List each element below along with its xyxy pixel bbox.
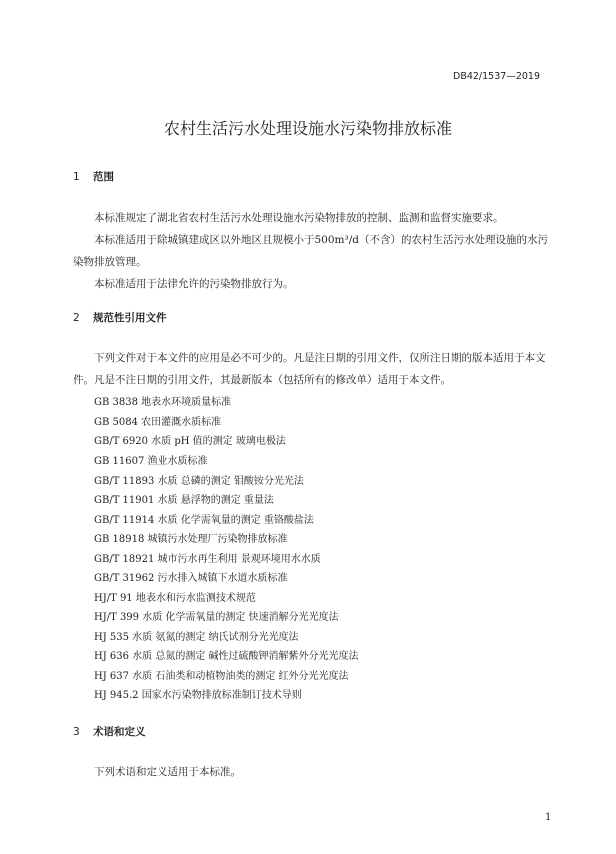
- reference-item: HJ/T 399 水质 化学需氧量的测定 快速消解分光光度法: [94, 608, 339, 623]
- reference-item: GB/T 31962 污水排入城镇下水道水质标准: [94, 569, 288, 584]
- paragraph: 本标准适用于除城镇建成区以外地区且规模小于500m³/d（不含）的农村生活污水处…: [94, 232, 548, 247]
- reference-item: GB 18918 城镇污水处理厂污染物排放标准: [94, 530, 288, 545]
- reference-item: HJ 945.2 国家水污染物排放标准制订技术导则: [94, 686, 302, 701]
- paragraph-continuation: 染物排放管理。: [73, 254, 147, 269]
- reference-item: GB 3838 地表水环境质量标准: [94, 393, 231, 408]
- section-heading-1: 1范围: [73, 169, 114, 184]
- reference-item: HJ/T 91 地表水和污水监测技术规范: [94, 589, 256, 604]
- paragraph: 下列术语和定义适用于本标准。: [94, 764, 241, 779]
- section-heading-3: 3术语和定义: [73, 724, 146, 739]
- reference-item: HJ 637 水质 石油类和动植物油类的测定 红外分光光度法: [94, 667, 349, 682]
- page-number: 1: [545, 812, 551, 823]
- document-title: 农村生活污水处理设施水污染物排放标准: [0, 116, 616, 139]
- paragraph: 本标准适用于法律允许的污染物排放行为。: [94, 276, 294, 291]
- reference-item: HJ 636 水质 总氮的测定 碱性过硫酸钾消解紫外分光光度法: [94, 647, 359, 662]
- reference-item: GB/T 11901 水质 悬浮物的测定 重量法: [94, 491, 274, 506]
- paragraph: 本标准规定了湖北省农村生活污水处理设施水污染物排放的控制、监测和监督实施要求。: [94, 210, 504, 225]
- section-heading-2: 2规范性引用文件: [73, 310, 167, 325]
- section-number: 2: [73, 312, 93, 324]
- section-number: 1: [73, 171, 93, 183]
- reference-item: GB/T 18921 城市污水再生利用 景观环境用水水质: [94, 550, 321, 565]
- reference-item: GB/T 11893 水质 总磷的测定 钼酸铵分光光法: [94, 472, 304, 487]
- reference-item: GB 11607 渔业水质标准: [94, 452, 208, 467]
- reference-item: GB/T 6920 水质 pH 值的测定 玻璃电极法: [94, 432, 286, 447]
- section-title: 规范性引用文件: [93, 312, 167, 324]
- reference-item: GB/T 11914 水质 化学需氧量的测定 重铬酸盐法: [94, 511, 314, 526]
- section-title: 术语和定义: [93, 726, 146, 738]
- section-number: 3: [73, 726, 93, 738]
- reference-item: HJ 535 水质 氨氮的测定 纳氏试剂分光光度法: [94, 628, 299, 643]
- section-title: 范围: [93, 171, 114, 183]
- paragraph-continuation: 件。凡是不注日期的引用文件，其最新版本（包括所有的修改单）适用于本文件。: [73, 372, 451, 387]
- reference-item: GB 5084 农田灌溉水质标准: [94, 413, 221, 428]
- document-code: DB42/1537—2019: [453, 71, 540, 82]
- paragraph: 下列文件对于本文件的应用是必不可少的。凡是注日期的引用文件，仅所注日期的版本适用…: [94, 350, 546, 365]
